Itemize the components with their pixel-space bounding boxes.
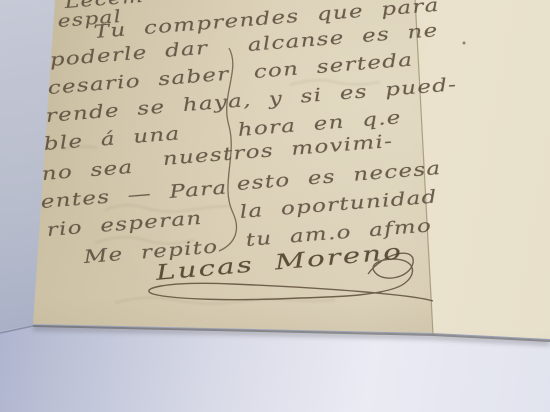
letter-photograph: Lecem espal Tu comprendes que para poder…	[0, 0, 550, 412]
